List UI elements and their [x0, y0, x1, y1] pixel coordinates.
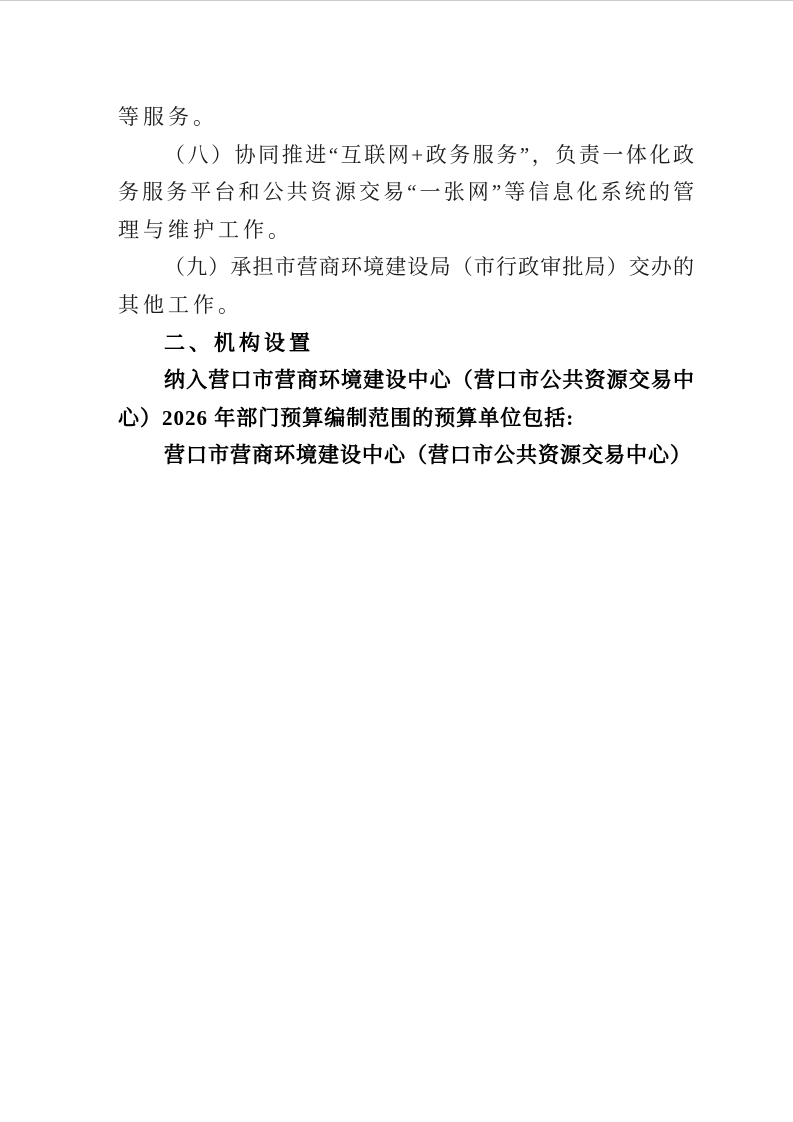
- document-page: 等服务。（八）协同推进“互联网+政务服务”，负责一体化政务服务平台和公共资源交易…: [0, 0, 793, 1122]
- para-item-eight: （八）协同推进“互联网+政务服务”，负责一体化政务服务平台和公共资源交易“一张网…: [118, 137, 694, 250]
- paragraph-line: 二、机构设置: [118, 325, 694, 363]
- heading-section-two: 二、机构设置: [118, 325, 694, 363]
- paragraph-line: 纳入营口市营商环境建设中心（营口市公共资源交易中: [118, 362, 694, 400]
- paragraph-line: 等服务。: [118, 99, 694, 137]
- paragraph-line: （九）承担市营商环境建设局（市行政审批局）交办的: [118, 249, 694, 287]
- paragraph-line: 理与维护工作。: [118, 212, 694, 250]
- document-body: 等服务。（八）协同推进“互联网+政务服务”，负责一体化政务服务平台和公共资源交易…: [118, 99, 694, 475]
- paragraph-line: 营口市营商环境建设中心（营口市公共资源交易中心）: [118, 437, 694, 475]
- paragraph-line: 其他工作。: [118, 287, 694, 325]
- para-item-nine: （九）承担市营商环境建设局（市行政审批局）交办的其他工作。: [118, 249, 694, 324]
- paragraph-line: 心）2026 年部门预算编制范围的预算单位包括:: [118, 400, 694, 438]
- paragraph-line: （八）协同推进“互联网+政务服务”，负责一体化政: [118, 137, 694, 175]
- page-top-edge-line: [0, 0, 793, 1]
- para-prev-continuation: 等服务。: [118, 99, 694, 137]
- para-budget-unit-name: 营口市营商环境建设中心（营口市公共资源交易中心）: [118, 437, 694, 475]
- para-budget-units-intro: 纳入营口市营商环境建设中心（营口市公共资源交易中心）2026 年部门预算编制范围…: [118, 362, 694, 437]
- paragraph-line: 务服务平台和公共资源交易“一张网”等信息化系统的管: [118, 174, 694, 212]
